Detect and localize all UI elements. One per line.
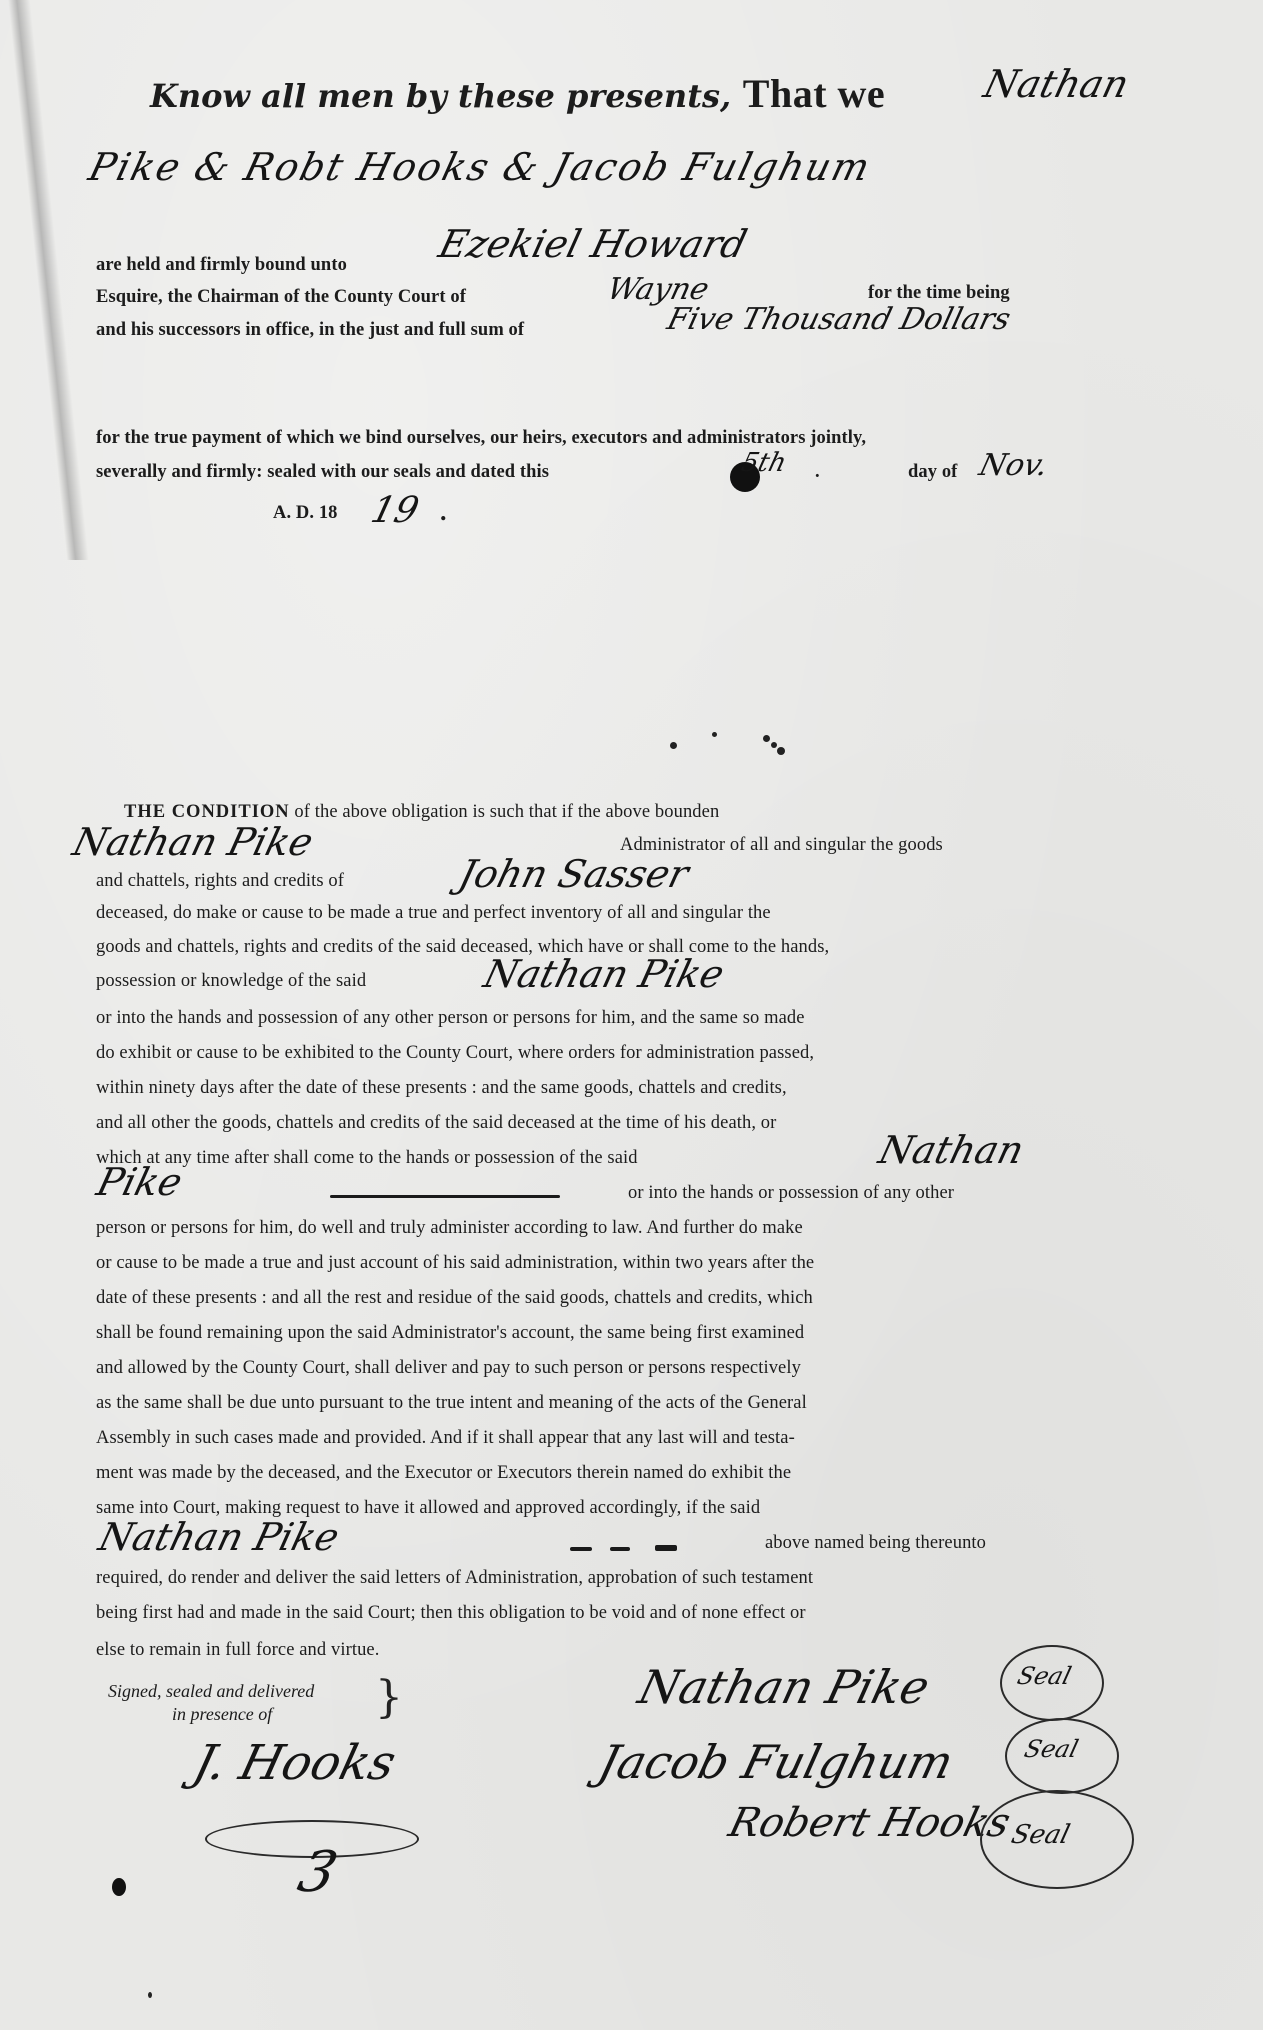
signature-jacob-fulghum: Jacob Fulghum — [593, 1735, 958, 1789]
handwritten-month: Nov. — [976, 448, 1052, 483]
seal-label: Seal — [1015, 1662, 1075, 1690]
heading-plain-text: That we — [743, 71, 885, 116]
condition-line-19: Assembly in such cases made and provided… — [96, 1428, 795, 1449]
ink-blot — [112, 1878, 126, 1896]
bond-text-line-2-end: for the time being — [868, 283, 1010, 304]
condition-line-18: as the same shall be due unto pursuant t… — [96, 1393, 807, 1414]
paper-fold-shadow — [8, 0, 89, 560]
condition-line-17: and allowed by the County Court, shall d… — [96, 1358, 801, 1379]
condition-line-23: required, do render and deliver the said… — [96, 1568, 813, 1589]
handwritten-chairman-name: Ezekiel Howard — [435, 222, 752, 266]
handwritten-obligor-first-name: Nathan — [980, 62, 1134, 106]
bond-text-line-3: and his successors in office, in the jus… — [96, 320, 524, 341]
seal-label: Seal — [1022, 1735, 1082, 1763]
blank-fill-line — [330, 1195, 560, 1198]
condition-line-15: date of these presents : and all the res… — [96, 1288, 813, 1309]
handwritten-sum: Five Thousand Dollars — [664, 302, 1014, 337]
condition-line-13: person or persons for him, do well and t… — [96, 1218, 803, 1239]
year-suffix: . — [440, 503, 447, 521]
blank-dash — [610, 1547, 630, 1551]
ink-speck — [712, 732, 717, 737]
condition-line-8: do exhibit or cause to be exhibited to t… — [96, 1043, 814, 1064]
condition-line-4: deceased, do make or cause to be made a … — [96, 903, 771, 924]
payment-period: . — [815, 462, 820, 483]
handwritten-deceased-name: John Sasser — [455, 852, 693, 896]
signature-robert-hooks: Robert Hooks — [724, 1800, 1015, 1846]
ink-speck — [763, 735, 770, 742]
handwritten-name-3a: Nathan — [875, 1128, 1029, 1172]
heading-line: Know all men by these presents, That we — [150, 70, 885, 117]
handwritten-obligors: Pike & Robt Hooks & Jacob Fulghum — [85, 145, 877, 189]
condition-line-10: and all other the goods, chattels and cr… — [96, 1113, 776, 1134]
ink-speck — [670, 742, 677, 749]
witness-label-1: Signed, sealed and delivered — [108, 1680, 314, 1702]
ink-speck — [771, 742, 777, 748]
ink-speck — [777, 747, 785, 755]
handwritten-name-4: Nathan Pike — [95, 1515, 344, 1559]
condition-line-9: within ninety days after the date of the… — [96, 1078, 787, 1099]
heading-gothic-text: Know all men by these presents, — [150, 77, 731, 115]
condition-line-6: possession or knowledge of the said — [96, 971, 366, 992]
blank-dash — [655, 1545, 677, 1551]
condition-line-1-rest: of the above obligation is such that if … — [294, 802, 719, 822]
witness-label-2: in presence of — [172, 1703, 272, 1725]
handwritten-name-2: Nathan Pike — [480, 952, 729, 996]
blank-dash — [570, 1547, 592, 1551]
payment-text-line-1: for the true payment of which we bind ou… — [96, 428, 866, 449]
handwritten-year: 19 — [367, 490, 423, 531]
condition-line-12: or into the hands or possession of any o… — [628, 1183, 954, 1204]
signature-nathan-pike: Nathan Pike — [633, 1660, 935, 1714]
condition-lead: THE CONDITION — [124, 802, 290, 822]
condition-line-7: or into the hands and possession of any … — [96, 1008, 805, 1029]
condition-line-24: being first had and made in the said Cou… — [96, 1603, 806, 1624]
seal-label: Seal — [1008, 1820, 1072, 1850]
condition-line-25: else to remain in full force and virtue. — [96, 1640, 379, 1661]
payment-day-of: day of — [908, 462, 957, 483]
bond-text-line-2: Esquire, the Chairman of the County Cour… — [96, 287, 466, 308]
condition-line-16: shall be found remaining upon the said A… — [96, 1323, 804, 1344]
condition-line-3: and chattels, rights and credits of — [96, 871, 344, 892]
document-page: Know all men by these presents, That we … — [0, 0, 1263, 2030]
bond-text-line-1: are held and firmly bound unto — [96, 255, 347, 276]
condition-line-14: or cause to be made a true and just acco… — [96, 1253, 814, 1274]
condition-line-22: above named being thereunto — [765, 1533, 986, 1554]
witness-signature: J. Hooks — [188, 1735, 401, 1791]
payment-text-line-2: severally and firmly: sealed with our se… — [96, 462, 549, 483]
condition-line-20: ment was made by the deceased, and the E… — [96, 1463, 791, 1484]
ink-speck — [148, 1992, 152, 1998]
handwritten-name-3b: Pike — [93, 1160, 187, 1204]
year-prefix: A. D. 18 — [273, 503, 338, 524]
handwritten-day: 5th — [738, 448, 789, 478]
witness-brace: } — [375, 1672, 403, 1723]
handwritten-administrator-name: Nathan Pike — [69, 820, 318, 864]
